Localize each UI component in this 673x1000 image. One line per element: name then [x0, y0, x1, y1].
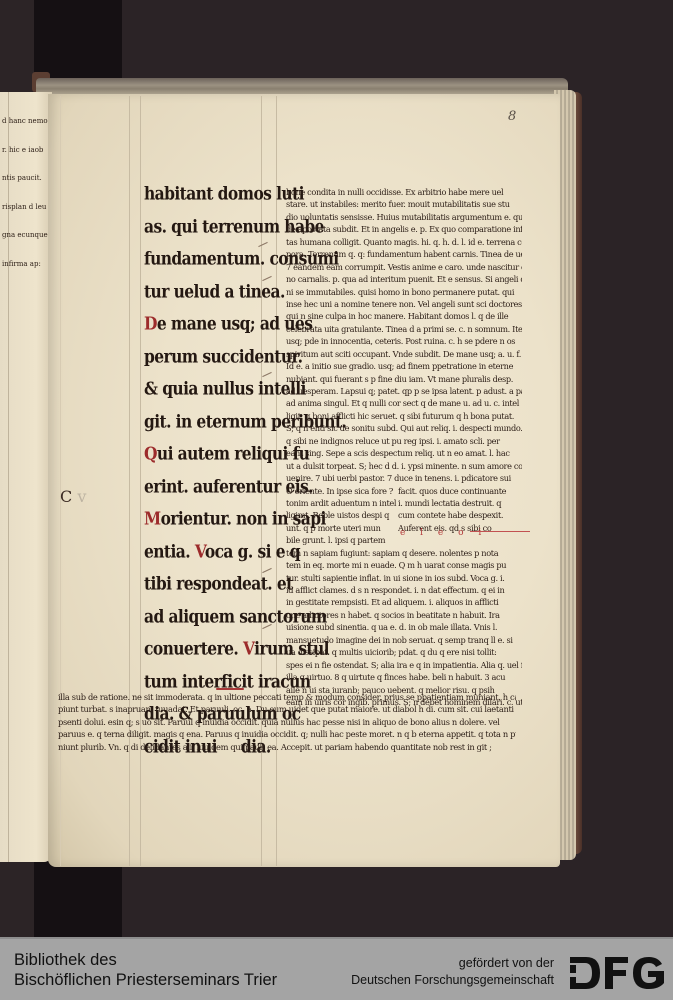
folio-number: 8: [508, 109, 516, 124]
marginal-letter: v: [77, 487, 86, 506]
main-text-line: habitant domos luti: [144, 176, 272, 213]
main-text-line: conuertere. Virum stul: [144, 631, 272, 668]
main-text-line: De mane usq; ad ues: [144, 306, 272, 343]
gloss-line: ut a dulsit torpeat. S; hec d d. i. ypsi…: [286, 460, 522, 472]
gloss-line: q sibi ne indignos reluce ut pu reg ipsi…: [286, 435, 522, 447]
dfg-logo-icon: [570, 957, 666, 989]
left-page-line: infirma ap:: [2, 260, 50, 270]
funding-credit: gefördert von der Deutschen Forschungsge…: [351, 955, 554, 989]
main-text-line: Qui autem reliqui fu: [144, 436, 272, 473]
gloss-line: tur. stulti sapientie inflat. in ui sion…: [286, 572, 522, 584]
gloss-line: ad anima singul. Et q nulli cor sect q d…: [286, 397, 522, 409]
gloss-line: de apostata subdit. Et in angelis e. p. …: [286, 223, 522, 235]
rubric-initial: V: [195, 540, 205, 562]
gloss-line: eant sing. Sepe a scis despectum reliq. …: [286, 447, 522, 459]
gloss-line: spiritum aut sciti occupant. Vnde subdit…: [286, 348, 522, 360]
gloss-line: qui n sine culpa in hoc manere. Habitant…: [286, 310, 522, 322]
gloss-line: paruus e. q terna diligit. magis q ena. …: [58, 728, 516, 740]
red-annotation: e l e o i: [400, 528, 487, 538]
gloss-line: ad uesperam. Lapsui q; patet. qp p se ip…: [286, 385, 522, 397]
left-facing-page: d hanc nemo r. hic e iaob ntis paucit. r…: [0, 92, 52, 862]
gloss-line: stare. ut instabiles: merito fuer. mouit…: [286, 198, 522, 210]
gloss-line-right: i. mundi lectatia destruit. q: [398, 497, 522, 509]
gloss-line: 7 eandem eam corrumpit. Vestis anime e c…: [286, 261, 522, 273]
gloss-line: in gestitate rempsisti. Et ad aliquem. i…: [286, 596, 522, 608]
funding-line: Deutschen Forschungsgemeinschaft: [351, 972, 554, 989]
manuscript-scan: d hanc nemo r. hic e iaob ntis paucit. r…: [0, 0, 673, 937]
gloss-line: Id e. a initio sue gradio. usq; ad finem…: [286, 360, 522, 372]
gloss-line: bone condita in nulli occidisse. Ex arbi…: [286, 186, 522, 198]
left-page-line: r. hic e iaob: [2, 146, 50, 156]
gloss-line: tem n sapiam fugiunt: sapiam q desere. n…: [286, 547, 522, 559]
gloss-line: ua dissipat. q multis uiciorib; pdat. q …: [286, 646, 522, 658]
left-page-line: d hanc nemo: [2, 117, 50, 127]
gloss-line: pora. Terrenum q. q: fundamentum habent …: [286, 248, 522, 260]
gloss-line: nubiant. qui fuerant s p fine diu iam. V…: [286, 373, 522, 385]
left-page-line: gna ecunque: [2, 231, 50, 241]
gloss-line: O oriente. In ipse sica fore ? facit. qu…: [286, 485, 522, 497]
gloss-line: ligimt. Reple uistos despi q cum contete…: [286, 509, 522, 521]
footer-banner: Bibliothek des Bischöflichen Priestersem…: [0, 937, 673, 1000]
gloss-line: ligit. q boni afflicti hic seruet. q sib…: [286, 410, 522, 422]
library-line: Bischöflichen Priesterseminars Trier: [14, 970, 277, 990]
gloss-line: one adiutores n habet. q socios in beati…: [286, 609, 522, 621]
funding-line: gefördert von der: [351, 955, 554, 972]
gloss-line-left: ligimt. Reple uistos despi q: [286, 509, 398, 521]
left-page-line: ntis paucit.: [2, 174, 50, 184]
rubric-initial: Q: [144, 442, 157, 464]
gloss-line: ni se immutabiles. quisi homo in bono pe…: [286, 286, 522, 298]
gloss-line: piunt turbat. s inapruani tuuadat. Et pa…: [58, 703, 516, 715]
marginal-note: C v: [60, 487, 86, 506]
gloss-line: psenti dolui. esin q; s uo sit. Paruul q…: [58, 716, 516, 728]
marginal-letter: C: [60, 487, 72, 506]
gloss-line-right: facit. quos duce continuante: [398, 485, 522, 497]
gloss-line: tem in eq. morte mi n euade. Q m h uarat…: [286, 559, 522, 571]
library-name: Bibliothek des Bischöflichen Priestersem…: [14, 950, 277, 990]
gloss-line: uisione subd sinentia. q ua e. d. in ob …: [286, 621, 522, 633]
main-text-line: Morientur. non in sapi: [144, 501, 272, 538]
gloss-line: tonim ardit aduentum n intel i. mundi le…: [286, 497, 522, 509]
gloss-line: inse hec uni a nomine tenere non. Vel an…: [286, 298, 522, 310]
rubric-initial: M: [144, 507, 161, 529]
gloss-line: S; q n enti sic de sonitu subd. Qui aut …: [286, 422, 522, 434]
left-page-line: risplan d leu: [2, 203, 50, 213]
gloss-line: niunt plurib. Vn. q di delidantes alii i…: [58, 741, 516, 753]
gloss-bottom: illa sub de ratione. ne sit immoderata. …: [58, 691, 516, 753]
left-page-text: d hanc nemo r. hic e iaob ntis paucit. r…: [2, 98, 50, 288]
main-text-line: tibi respondeat. et: [144, 566, 272, 603]
gloss-line-left: O oriente. In ipse sica fore ?: [286, 485, 398, 497]
gloss-line: dio uoluntatis sensisse. Huius mutabilit…: [286, 211, 522, 223]
main-text-line: & quia nullus intelli: [144, 371, 272, 408]
rubric-initial: D: [144, 312, 157, 334]
gloss-line: celebrata uita gratulante. Tinea d a pri…: [286, 323, 522, 335]
red-underline: [470, 531, 530, 532]
gloss-line-left: bile grunt. l. ipsi q partem: [286, 534, 398, 546]
library-line: Bibliothek des: [14, 950, 277, 970]
gloss-line: tas humana colligit. Quanto magis. hi. q…: [286, 236, 522, 248]
rubric-stroke: [216, 688, 244, 690]
gloss-line-left: tonim ardit aduentum n intel: [286, 497, 398, 509]
main-text-line: fundamentum. consumi: [144, 241, 272, 278]
gloss-line: id afflict clames. d s n respondet. i. n…: [286, 584, 522, 596]
gloss-line: usq; pde in innocentia, ceteris. Post ru…: [286, 335, 522, 347]
gloss-line: spes ei n fie ostendat. S; alia ira e q …: [286, 659, 522, 671]
gloss-line: illa sub de ratione. ne sit immoderata. …: [58, 691, 516, 703]
gloss-line-right: cum contete habe despexit.: [398, 509, 522, 521]
gloss-line-left: unt. q p morte uteri mun: [286, 522, 398, 534]
gloss-line: no carnalis. p. qua ad interitum puenit.…: [286, 273, 522, 285]
rubric-initial: V: [243, 637, 254, 659]
gloss-line: mansuetudo imagine dei in nob seruat. q …: [286, 634, 522, 646]
gloss-commentary: bone condita in nulli occidisse. Ex arbi…: [286, 186, 522, 708]
main-text-column: habitant domos luti as. qui terrenum hab…: [144, 178, 272, 763]
gloss-line: illa q uirtuo. 8 q uirtute q finces habe…: [286, 671, 522, 683]
gloss-line: uenire. 7 ubi uerbi pastor. 7 duce in te…: [286, 472, 522, 484]
